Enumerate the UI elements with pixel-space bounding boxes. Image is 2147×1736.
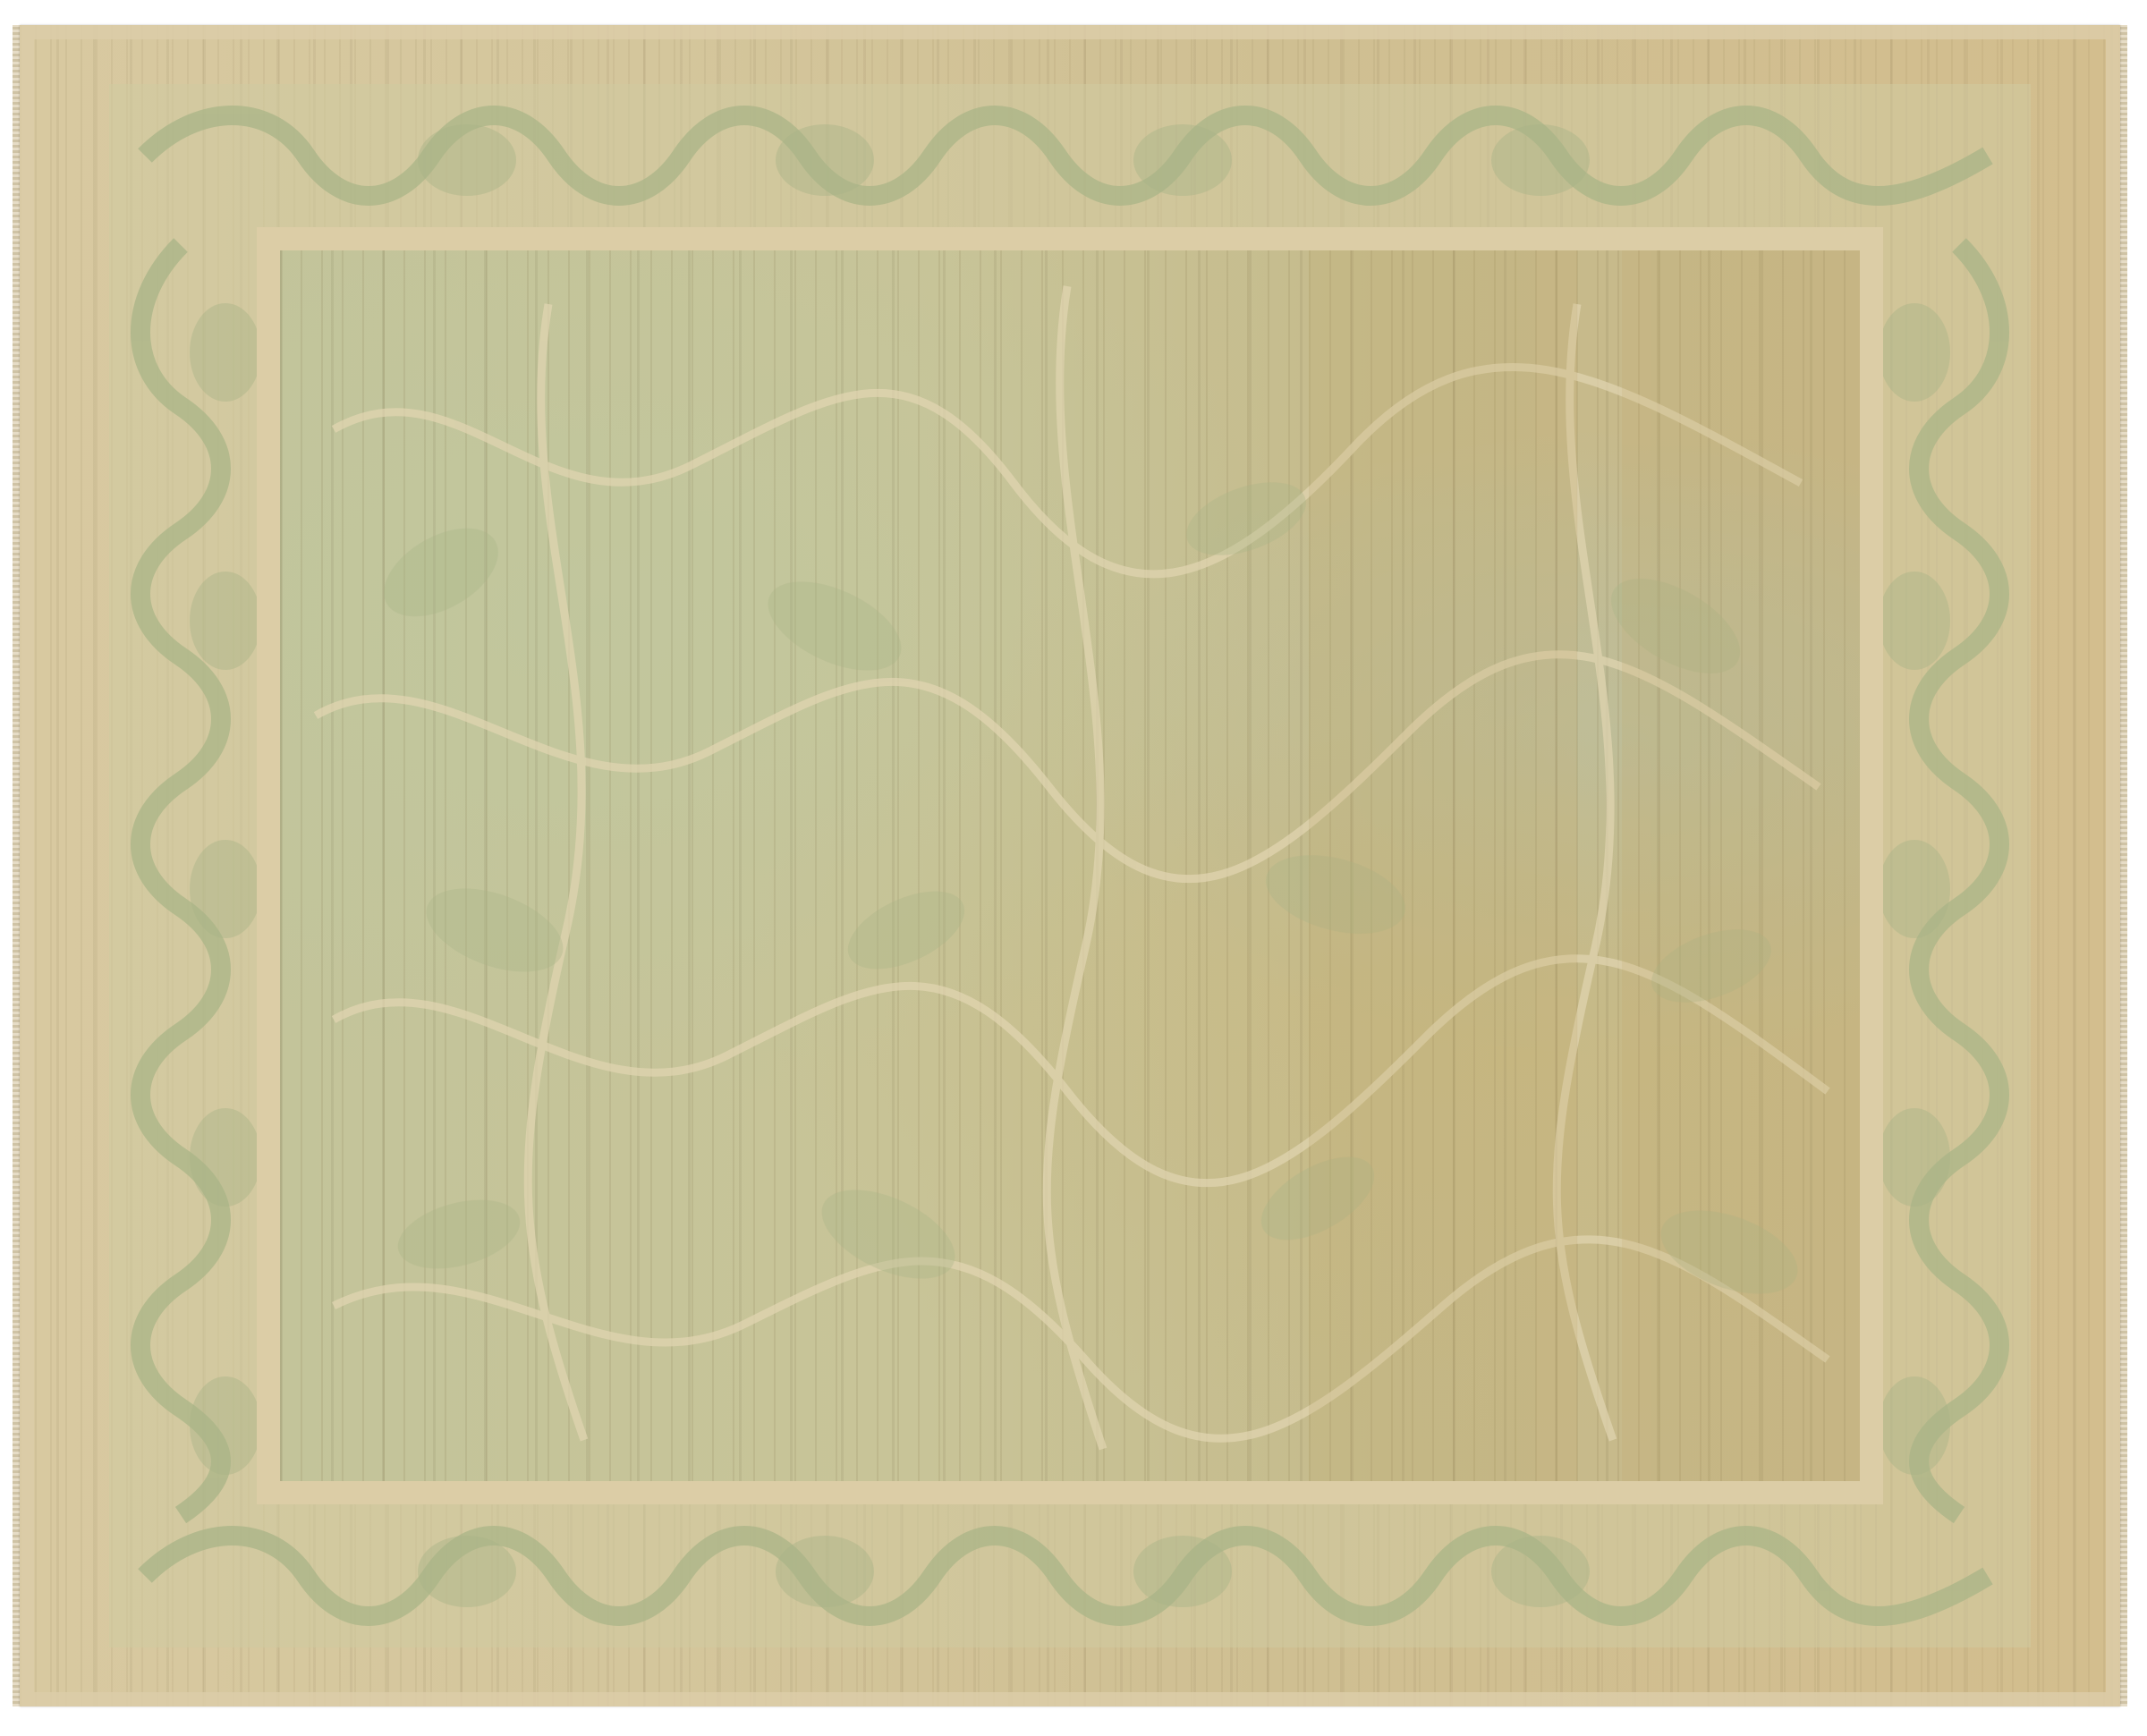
floral-vine-pattern-icon [280,250,1860,1481]
rug-field [280,250,1860,1481]
rug [20,25,2120,1706]
